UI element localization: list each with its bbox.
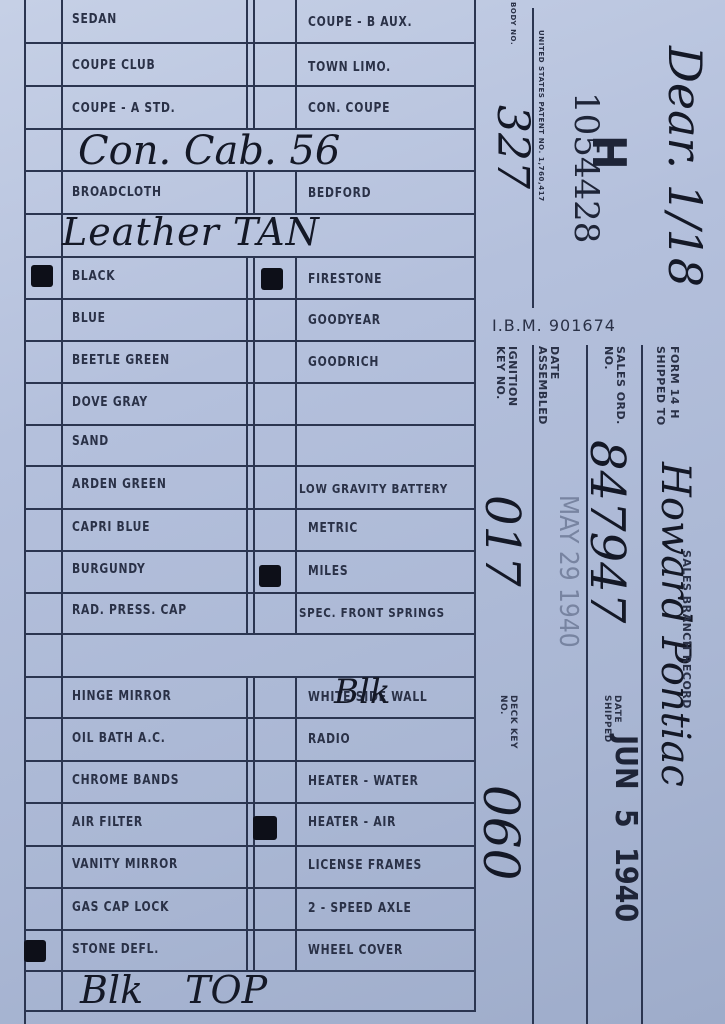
grid-line (24, 845, 476, 847)
grid-line (295, 676, 297, 970)
option-vanity-mirror: VANITY MIRROR (72, 857, 178, 872)
handwritten-body-style: Con. Cab. 56 (78, 128, 340, 174)
option-spec-front-springs: SPEC. FRONT SPRINGS (299, 605, 445, 620)
grid-line (24, 508, 476, 510)
option-firestone: FIRESTONE (308, 272, 382, 287)
option-capri-blue: CAPRI BLUE (72, 520, 150, 535)
date-shipped-stamp: JUN 5 1940 (608, 735, 643, 922)
grid-line (24, 42, 476, 44)
handwritten-body-no: 327 (487, 105, 538, 189)
grid-line (295, 256, 297, 634)
handwritten-upholstery: Leather TAN (62, 210, 320, 254)
grid-line (24, 760, 476, 762)
shipped-to-label: SHIPPED TO (654, 346, 666, 426)
grid-line (24, 298, 476, 300)
form-label: FORM 14 H (668, 346, 680, 419)
grid-line (295, 170, 297, 214)
option-coupe-club: COUPE CLUB (72, 58, 155, 73)
grid-line (24, 0, 26, 1024)
option-sand: SAND (72, 434, 109, 449)
mark-miles (259, 565, 281, 587)
handwritten-deck-key: 060 (472, 785, 530, 880)
sales-branch-label: SALES BRANCH RECORD (680, 550, 692, 709)
option-blue: BLUE (72, 311, 106, 326)
grid-line (246, 0, 248, 130)
option-oil-bath-ac: OIL BATH A.C. (72, 731, 166, 746)
grid-line (24, 887, 476, 889)
grid-line (253, 256, 255, 634)
option-goodyear: GOODYEAR (308, 313, 381, 328)
mark-firestone (261, 268, 283, 290)
serial-number: 1054428 (566, 92, 606, 243)
option-burgundy: BURGUNDY (72, 562, 146, 577)
option-wheel-cover: WHEEL COVER (308, 943, 403, 958)
grid-line (61, 0, 63, 1012)
ibm-number: I.B.M. 901674 (492, 320, 616, 332)
body-no-label: BODY NO. (509, 2, 517, 45)
grid-line (24, 717, 476, 719)
option-gas-cap-lock: GAS CAP LOCK (72, 900, 169, 915)
grid-line (24, 340, 476, 342)
grid-line (253, 0, 255, 130)
grid-line (24, 550, 476, 552)
option-rad-press-cap: RAD. PRESS. CAP (72, 603, 187, 618)
option-con-coupe: CON. COUPE (308, 101, 390, 116)
build-card: SEDAN COUPE CLUB COUPE - A STD. BROADCLO… (0, 0, 725, 1024)
option-heater-water: HEATER - WATER (308, 774, 419, 789)
mark-heater-air (253, 816, 277, 840)
grid-line (24, 85, 476, 87)
option-2-speed-axle: 2 - SPEED AXLE (308, 901, 412, 916)
mark-stone-defl (24, 940, 46, 962)
grid-line (295, 0, 297, 130)
grid-line (24, 382, 476, 384)
option-heater-air: HEATER - AIR (308, 815, 396, 830)
option-arden-green: ARDEN GREEN (72, 477, 167, 492)
grid-line (24, 929, 476, 931)
option-miles: MILES (308, 564, 348, 579)
patent-text: UNITED STATES PATENT NO. 1,760,417 (537, 30, 545, 202)
option-bedford: BEDFORD (308, 186, 371, 201)
grid-line (532, 345, 534, 1024)
grid-line (246, 170, 248, 214)
mark-black (31, 265, 53, 287)
option-coupe-b-aux: COUPE - B AUX. (308, 15, 412, 30)
sales-ord-label: SALES ORD. NO. (602, 346, 626, 436)
grid-line (246, 256, 248, 634)
option-air-filter: AIR FILTER (72, 815, 143, 830)
ignition-key-label: IGNITION KEY NO. (494, 346, 518, 436)
date-assembled-label: DATE ASSEMBLED (536, 346, 560, 441)
grid-line (24, 465, 476, 467)
grid-line (246, 676, 248, 970)
option-coupe-a-std: COUPE - A STD. (72, 101, 175, 116)
grid-line (253, 170, 255, 214)
option-town-limo: TOWN LIMO. (308, 60, 391, 75)
grid-line (24, 592, 476, 594)
grid-line (24, 424, 476, 426)
deck-key-label: DECK KEY NO. (498, 695, 518, 755)
option-chrome-bands: CHROME BANDS (72, 773, 179, 788)
handwritten-dealer: Dear. 1/18 (658, 46, 712, 287)
option-beetle-green: BEETLE GREEN (72, 353, 170, 368)
option-license-frames: LICENSE FRAMES (308, 858, 422, 873)
option-low-gravity-battery: LOW GRAVITY BATTERY (299, 481, 448, 496)
grid-line (24, 633, 476, 635)
option-hinge-mirror: HINGE MIRROR (72, 689, 171, 704)
grid-line (24, 256, 476, 258)
handwritten-top: Blk TOP (80, 968, 267, 1012)
grid-line (24, 802, 476, 804)
option-dove-gray: DOVE GRAY (72, 395, 148, 410)
option-broadcloth: BROADCLOTH (72, 185, 162, 200)
option-goodrich: GOODRICH (308, 355, 379, 370)
handwritten-side-wall-note: Blk (334, 672, 390, 712)
option-sedan: SEDAN (72, 12, 117, 27)
grid-line (24, 676, 476, 678)
option-stone-defl: STONE DEFL. (72, 942, 159, 957)
option-radio: RADIO (308, 732, 350, 747)
handwritten-sales-order-no: 847947 (579, 440, 635, 623)
option-metric: METRIC (308, 521, 358, 536)
handwritten-ignition-key: 017 (474, 495, 530, 587)
option-black: BLACK (72, 269, 115, 284)
